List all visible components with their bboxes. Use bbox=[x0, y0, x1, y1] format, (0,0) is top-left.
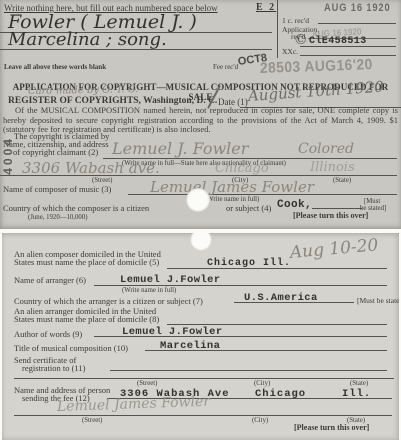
handwritten-title-entry: Marcelina ; song. bbox=[8, 29, 167, 50]
alien-arranger-line bbox=[167, 324, 387, 325]
composer-name-handwritten: Lemuel James Fowler bbox=[150, 178, 314, 196]
claimant-label-line2: of copyright claimant (2) bbox=[13, 147, 98, 157]
street-label: (Street) bbox=[82, 417, 102, 424]
state-label: (State) bbox=[333, 177, 351, 184]
turn-over-note-bottom: [Please turn this over] bbox=[294, 423, 369, 432]
certificate-label-line2: registration to (11) bbox=[22, 363, 85, 373]
street-label: (Street) bbox=[137, 380, 157, 387]
arranger-typed-value: Lemuel J.Fowler bbox=[120, 274, 221, 286]
alien-composer-label-line2: States must name the place of domicile (… bbox=[14, 257, 159, 267]
serial-number-stamp: 28503 AUG16'20 bbox=[260, 56, 373, 77]
title-line bbox=[145, 350, 387, 351]
divider-line bbox=[277, 0, 278, 58]
claimant-name-handwritten: Lemuel J. Fowler bbox=[112, 139, 248, 158]
country-label-left: Country of which the composer is a citiz… bbox=[3, 203, 149, 213]
fee-section-top-line bbox=[14, 378, 394, 379]
author-of-words-line bbox=[94, 336, 387, 337]
bottom-card: An alien composer domiciled in the Unite… bbox=[2, 233, 399, 440]
xxc-label: XXc. bbox=[282, 47, 298, 56]
signature-line bbox=[14, 415, 392, 416]
must-be-stated-line1: [Must bbox=[364, 198, 380, 205]
country-line bbox=[312, 208, 362, 209]
registration-number-line bbox=[300, 46, 396, 47]
title-label: Title of musical composition (10) bbox=[14, 343, 128, 353]
one-copy-line bbox=[318, 23, 396, 24]
city-label: (City) bbox=[252, 417, 268, 424]
leave-blank-note: Leave all above these words blank bbox=[4, 63, 106, 71]
arranger-country-label: Country of which the arranger is a citiz… bbox=[14, 296, 203, 306]
country-typed-value: Cook, bbox=[277, 199, 312, 211]
claimant-state-handwritten: Illinois bbox=[310, 160, 355, 175]
one-copy-received-label: 1 c. rec'd bbox=[282, 16, 309, 25]
claimant-nationality-handwritten: Colored bbox=[298, 141, 354, 157]
class-code: E 2 bbox=[256, 2, 276, 13]
xxc-line bbox=[300, 55, 396, 56]
arranger-label: Name of arranger (6) bbox=[14, 275, 86, 285]
turn-over-note-top: [Please turn this over] bbox=[293, 211, 368, 220]
address-line bbox=[0, 175, 397, 176]
top-card: Write nothing here, but fill out each nu… bbox=[0, 0, 401, 229]
country-label-right: or subject (4) bbox=[226, 203, 271, 213]
author-of-words-label: Author of words (9) bbox=[14, 329, 82, 339]
received-date-stamp: AUG 16 1920 bbox=[324, 2, 391, 14]
street-label: (Street) bbox=[92, 177, 112, 184]
state-label: (State) bbox=[350, 380, 368, 387]
fee-received-label: Fee rec'd bbox=[213, 63, 238, 71]
title-entry-line bbox=[0, 49, 272, 50]
punch-hole bbox=[190, 233, 212, 251]
composer-label: Name of composer of music (3) bbox=[3, 184, 111, 194]
claimant-city-handwritten: Chicago bbox=[215, 161, 269, 176]
copyright-application-card-scan: Write nothing here, but fill out each nu… bbox=[0, 0, 401, 440]
arranger-hint: (Write name in full) bbox=[122, 287, 176, 294]
arranger-country-line bbox=[234, 302, 354, 303]
arranger-must-be-stated: [Must be stated] bbox=[357, 296, 399, 305]
domicile-typed-value: Chicago Ill. bbox=[207, 258, 291, 269]
domicile-date-handwritten: Aug 10-20 bbox=[289, 235, 379, 263]
composer-hint: (Write name in full) bbox=[205, 196, 259, 203]
alien-arranger-label-line2: States must name the place of domicile (… bbox=[14, 314, 159, 324]
vertical-number-stamp: 4004 bbox=[1, 136, 15, 175]
print-code: (June, 1920—10,000) bbox=[28, 214, 87, 221]
certificate-line bbox=[110, 370, 387, 371]
city-label: (City) bbox=[254, 380, 270, 387]
punch-hole bbox=[186, 188, 210, 212]
